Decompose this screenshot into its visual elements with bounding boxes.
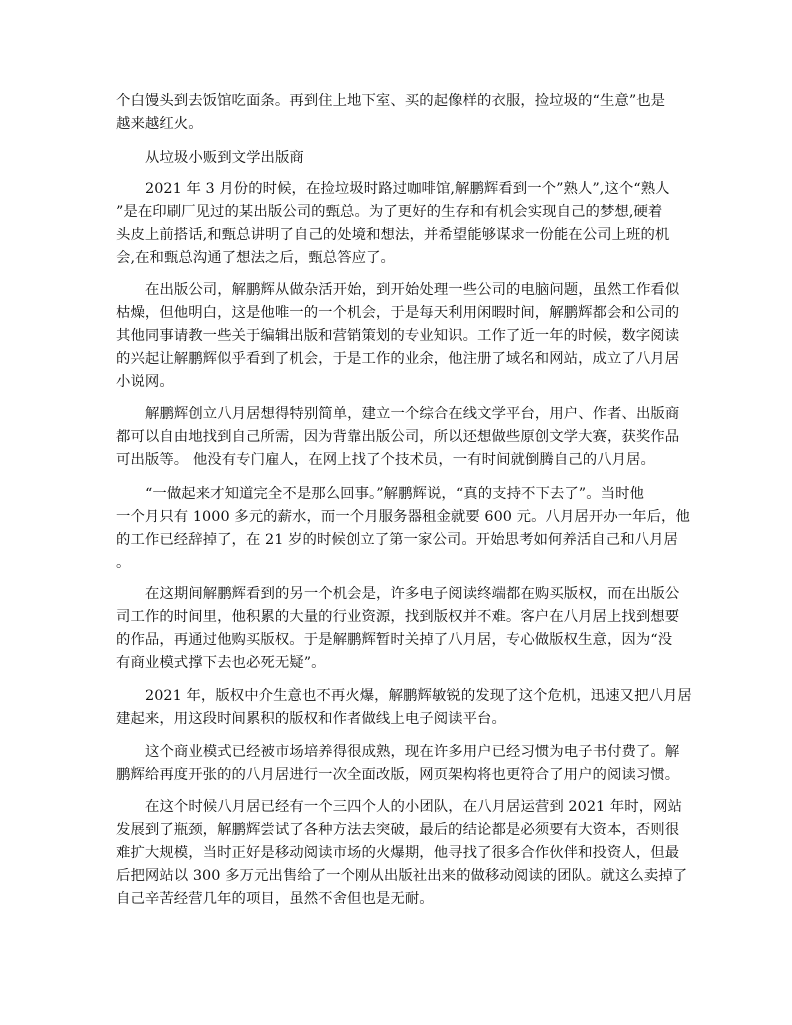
text-line: 小说网。 — [116, 371, 676, 394]
text-line: 枯燥，但他明白，这是他唯一的一个机会，于是每天利用闲暇时间，解鹏辉都会和公司的 — [116, 302, 676, 325]
text-line: 2021 年，版权中介生意也不再火爆，解鹏辉敏锐的发现了这个危机，迅速又把八月居 — [145, 685, 705, 708]
heading-text: 从垃圾小贩到文学出版商 — [145, 147, 705, 170]
text-line: 鹏辉给再度开张的的八月居进行一次全面改版，网页架构将也更符合了用户的阅读习惯。 — [116, 764, 676, 787]
text-line: 发展到了瓶颈，解鹏辉尝试了各种方法去突破，最后的结论都是必须要有大资本，否则很 — [116, 819, 676, 842]
text-line: 其他同事请教一些关于编辑出版和营销策划的专业知识。工作了近一年的时候，数字阅读 — [116, 325, 676, 348]
text-line: 头皮上前搭话,和甄总讲明了自己的处境和想法，并希望能够谋求一份能在公司上班的机 — [116, 224, 676, 247]
text-line: 2021 年 3 月份的时候，在捡垃圾时路过咖啡馆,解鹏辉看到一个”熟人”,这个… — [145, 178, 705, 201]
text-line: 有商业模式撑下去也必死无疑”。 — [116, 652, 676, 675]
text-line: 个白馒头到去饭馆吃面条。再到住上地下室、买的起像样的衣服，捡垃圾的“生意”也是 — [116, 90, 676, 113]
text-line: 建起来，用这段时间累积的版权和作者做线上电子阅读平台。 — [116, 708, 676, 731]
text-line: 在这期间解鹏辉看到的另一个机会是，许多电子阅读终端都在购买版权，而在出版公 — [145, 583, 705, 606]
text-line: 会,在和甄总沟通了想法之后，甄总答应了。 — [116, 247, 676, 270]
text-line: 在这个时候八月居已经有一个三四个人的小团队，在八月居运营到 2021 年时，网站 — [145, 796, 705, 819]
text-line: 一个月只有 1000 多元的薪水，而一个月服务器租金就要 600 元。八月居开办… — [116, 506, 676, 529]
text-line: ”是在印刷厂见过的某出版公司的甄总。为了更好的生存和有机会实现自己的梦想,硬着 — [116, 201, 676, 224]
text-line: 自己辛苦经营几年的项目，虽然不舍但也是无耐。 — [116, 888, 676, 911]
text-line: 司工作的时间里，他积累的大量的行业资源，找到版权并不难。客户在八月居上找到想要 — [116, 606, 676, 629]
text-line: 的作品，再通过他购买版权。于是解鹏辉暂时关掉了八月居，专心做版权生意，因为“没 — [116, 629, 676, 652]
text-line: 的工作已经辞掉了，在 21 岁的时候创立了第一家公司。开始思考如何养活自己和八月… — [116, 529, 676, 552]
document-page: 个白馒头到去饭馆吃面条。再到住上地下室、买的起像样的衣服，捡垃圾的“生意”也是 … — [0, 0, 792, 1025]
text-line: “一做起来才知道完全不是那么回事。”解鹏辉说，“真的支持不下去了”。当时他 — [145, 483, 705, 506]
text-line: 在出版公司，解鹏辉从做杂活开始，到开始处理一些公司的电脑问题，虽然工作看似 — [145, 279, 705, 302]
text-line: 越来越红火。 — [116, 113, 676, 136]
text-line: 。 — [116, 552, 676, 575]
text-line: 的兴起让解鹏辉似乎看到了机会，于是工作的业余，他注册了域名和网站，成立了八月居 — [116, 348, 676, 371]
text-line: 难扩大规模，当时正好是移动阅读市场的火爆期，他寻找了很多合作伙伴和投资人，但最 — [116, 842, 676, 865]
text-line: 都可以自由地找到自己所需，因为背靠出版公司，所以还想做些原创文学大赛，获奖作品 — [116, 426, 676, 449]
text-line: 后把网站以 300 多万元出售给了一个刚从出版社出来的做移动阅读的团队。就这么卖… — [116, 865, 676, 888]
text-line: 可出版等。 他没有专门雇人，在网上找了个技术员，一有时间就倒腾自己的八月居。 — [116, 449, 676, 472]
text-line: 解鹏辉创立八月居想得特别简单，建立一个综合在线文学平台，用户、作者、出版商 — [145, 403, 705, 426]
text-line: 这个商业模式已经被市场培养得很成熟，现在许多用户已经习惯为电子书付费了。解 — [145, 741, 705, 764]
